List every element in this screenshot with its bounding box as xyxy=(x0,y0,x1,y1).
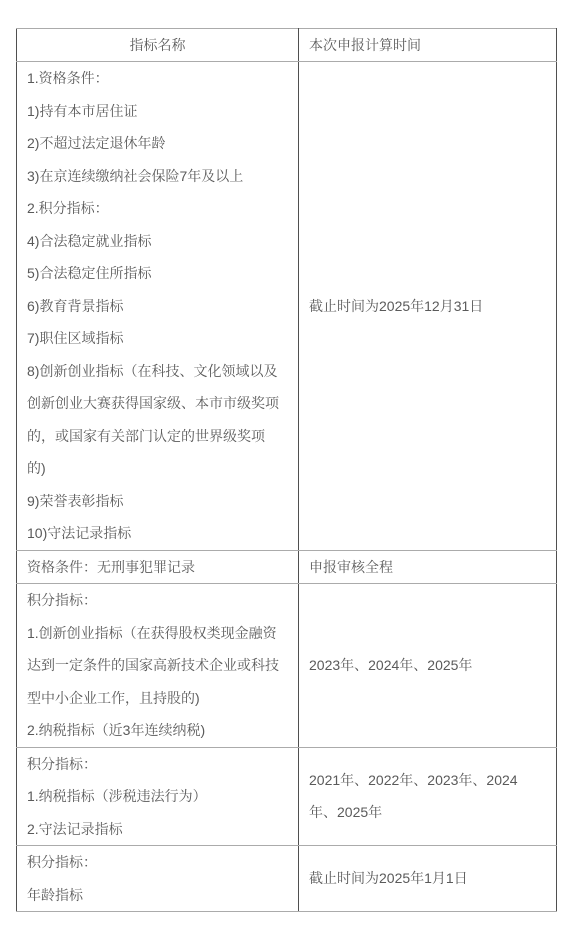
time-cell: 2021年、2022年、2023年、2024 年、2025年 xyxy=(299,747,557,846)
indicator-line: 3)在京连续缴纳社会保险7年及以上 xyxy=(27,160,288,193)
time-line: 截止时间为2025年1月1日 xyxy=(309,862,546,895)
indicator-line: 型中小企业工作，且持股的) xyxy=(27,682,288,715)
indicator-line: 的) xyxy=(27,452,288,485)
indicator-line: 1.纳税指标（涉税违法行为） xyxy=(27,780,288,813)
indicator-line: 1.创新创业指标（在获得股权类现金融资 xyxy=(27,617,288,650)
indicator-line: 6)教育背景指标 xyxy=(27,290,288,323)
time-cell: 截止时间为2025年1月1日 xyxy=(299,846,557,912)
indicator-line: 2.积分指标： xyxy=(27,192,288,225)
indicator-cell: 积分指标： 年龄指标 xyxy=(17,846,299,912)
indicator-line: 9)荣誉表彰指标 xyxy=(27,485,288,518)
time-line: 2023年、2024年、2025年 xyxy=(309,649,546,682)
indicator-line: 7)职住区域指标 xyxy=(27,322,288,355)
table-row-2: 资格条件：无刑事犯罪记录 申报审核全程 xyxy=(17,550,557,584)
document-page: 指标名称 本次申报计算时间 1.资格条件： 1)持有本市居住证 2)不超过法定退… xyxy=(0,0,576,927)
time-cell: 2023年、2024年、2025年 xyxy=(299,584,557,748)
indicator-cell: 积分指标： 1.纳税指标（涉税违法行为） 2.守法记录指标 xyxy=(17,747,299,846)
indicator-line: 的，或国家有关部门认定的世界级奖项 xyxy=(27,420,288,453)
time-line: 2021年、2022年、2023年、2024 xyxy=(309,764,546,797)
indicator-line: 10)守法记录指标 xyxy=(27,517,288,550)
indicator-cell: 积分指标： 1.创新创业指标（在获得股权类现金融资 达到一定条件的国家高新技术企… xyxy=(17,584,299,748)
indicator-line: 8)创新创业指标（在科技、文化领域以及 xyxy=(27,355,288,388)
table-row-1: 1.资格条件： 1)持有本市居住证 2)不超过法定退休年龄 3)在京连续缴纳社会… xyxy=(17,62,557,551)
table-row-5: 积分指标： 年龄指标 截止时间为2025年1月1日 xyxy=(17,846,557,912)
indicator-cell: 资格条件：无刑事犯罪记录 xyxy=(17,550,299,584)
time-line: 申报审核全程 xyxy=(309,551,546,584)
table-row-4: 积分指标： 1.纳税指标（涉税违法行为） 2.守法记录指标 2021年、2022… xyxy=(17,747,557,846)
indicator-line: 2)不超过法定退休年龄 xyxy=(27,127,288,160)
table-row-3: 积分指标： 1.创新创业指标（在获得股权类现金融资 达到一定条件的国家高新技术企… xyxy=(17,584,557,748)
header-cell-indicator-name: 指标名称 xyxy=(17,29,299,62)
indicator-line: 创新创业大赛获得国家级、本市市级奖项 xyxy=(27,387,288,420)
indicator-line: 达到一定条件的国家高新技术企业或科技 xyxy=(27,649,288,682)
indicator-cell: 1.资格条件： 1)持有本市居住证 2)不超过法定退休年龄 3)在京连续缴纳社会… xyxy=(17,62,299,551)
time-cell: 申报审核全程 xyxy=(299,550,557,584)
indicator-line: 5)合法稳定住所指标 xyxy=(27,257,288,290)
indicator-line: 2.守法记录指标 xyxy=(27,813,288,846)
indicator-line: 1.资格条件： xyxy=(27,62,288,95)
indicator-table: 指标名称 本次申报计算时间 1.资格条件： 1)持有本市居住证 2)不超过法定退… xyxy=(16,28,557,912)
time-cell: 截止时间为2025年12月31日 xyxy=(299,62,557,551)
indicator-line: 资格条件：无刑事犯罪记录 xyxy=(27,551,288,584)
indicator-line: 积分指标： xyxy=(27,748,288,781)
header-cell-calc-time: 本次申报计算时间 xyxy=(299,29,557,62)
indicator-line: 积分指标： xyxy=(27,846,288,879)
indicator-line: 积分指标： xyxy=(27,584,288,617)
time-line: 截止时间为2025年12月31日 xyxy=(309,290,546,323)
indicator-line: 2.纳税指标（近3年连续纳税) xyxy=(27,714,288,747)
time-line: 年、2025年 xyxy=(309,796,546,829)
indicator-line: 4)合法稳定就业指标 xyxy=(27,225,288,258)
header-row: 指标名称 本次申报计算时间 xyxy=(17,29,557,62)
indicator-line: 1)持有本市居住证 xyxy=(27,95,288,128)
indicator-line: 年龄指标 xyxy=(27,879,288,912)
